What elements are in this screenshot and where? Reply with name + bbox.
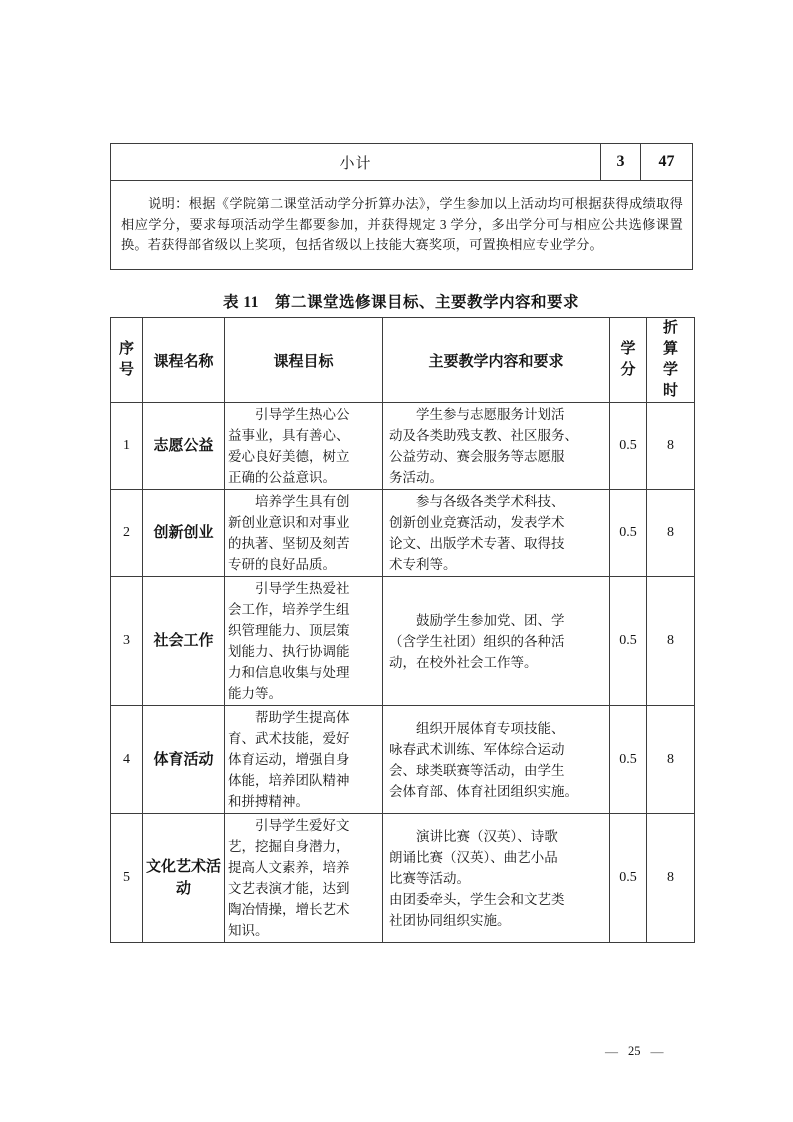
course-name: 志愿公益 <box>143 403 225 490</box>
teaching-content: 参与各级各类学术科技、 创新创业竞赛活动，发表学术 论文、出版学术专著、取得技 … <box>383 490 610 577</box>
footer-left-dash: — <box>605 1045 618 1058</box>
row-number: 3 <box>111 577 143 706</box>
course-name: 文化艺术活动 <box>143 814 225 943</box>
credit-value: 0.5 <box>610 403 647 490</box>
credit-value: 0.5 <box>610 577 647 706</box>
course-objective: 培养学生具有创 新创业意识和对事业 的执著、坚韧及刻苦 专研的良好品质。 <box>225 490 383 577</box>
converted-hours-value: 8 <box>647 490 695 577</box>
header-no: 序号 <box>111 318 143 403</box>
subtotal-row: 小计 3 47 <box>111 144 693 181</box>
header-teaching-content: 主要教学内容和要求 <box>383 318 610 403</box>
teaching-content: 演讲比赛（汉英）、诗歌 朗诵比赛（汉英）、曲艺小品 比赛等活动。 由团委牵头，学… <box>383 814 610 943</box>
course-name: 社会工作 <box>143 577 225 706</box>
course-objective: 引导学生热爱社 会工作，培养学生组 织管理能力、顶层策 划能力、执行协调能 力和… <box>225 577 383 706</box>
converted-hours-value: 8 <box>647 403 695 490</box>
table-row: 3 社会工作 引导学生热爱社 会工作，培养学生组 织管理能力、顶层策 划能力、执… <box>111 577 695 706</box>
row-number: 1 <box>111 403 143 490</box>
course-objective: 引导学生爱好文 艺，挖掘自身潜力， 提高人文素养，培养 文艺表演才能，达到 陶冶… <box>225 814 383 943</box>
page-footer: — 25 — <box>605 1044 664 1059</box>
teaching-content: 学生参与志愿服务计划活 动及各类助残支教、社区服务、 公益劳动、赛会服务等志愿服… <box>383 403 610 490</box>
note-row: 说明：根据《学院第二课堂活动学分折算办法》，学生参加以上活动均可根据获得成绩取得… <box>111 181 693 270</box>
course-objective: 帮助学生提高体 育、武术技能，爱好 体育运动，增强自身 体能，培养团队精神 和拼… <box>225 706 383 814</box>
document-page: 小计 3 47 说明：根据《学院第二课堂活动学分折算办法》，学生参加以上活动均可… <box>0 0 793 1122</box>
table-title: 表 11 第二课堂选修课目标、主要教学内容和要求 <box>110 290 692 312</box>
teaching-content: 鼓励学生参加党、团、学 （含学生社团）组织的各种活 动，在校外社会工作等。 <box>383 577 610 706</box>
row-number: 4 <box>111 706 143 814</box>
header-converted-hours-label: 折算学时 <box>662 318 679 402</box>
table-row: 2 创新创业 培养学生具有创 新创业意识和对事业 的执著、坚韧及刻苦 专研的良好… <box>111 490 695 577</box>
table-body: 1 志愿公益 引导学生热心公 益事业，具有善心、 爱心良好美德，树立 正确的公益… <box>111 403 695 943</box>
elective-course-table: 序号 课程名称 课程目标 主要教学内容和要求 学分 折算学时 1 志愿公益 引导… <box>110 317 695 943</box>
row-number: 5 <box>111 814 143 943</box>
subtotal-hours-value: 47 <box>641 144 693 181</box>
converted-hours-value: 8 <box>647 577 695 706</box>
page-number: 25 <box>628 1044 641 1059</box>
header-converted-hours: 折算学时 <box>647 318 695 403</box>
header-credit: 学分 <box>610 318 647 403</box>
credit-value: 0.5 <box>610 490 647 577</box>
row-number: 2 <box>111 490 143 577</box>
subtotal-credit-value: 3 <box>601 144 641 181</box>
subtotal-table: 小计 3 47 说明：根据《学院第二课堂活动学分折算办法》，学生参加以上活动均可… <box>110 143 693 270</box>
subtotal-label: 小计 <box>111 144 601 181</box>
table-row: 5 文化艺术活动 引导学生爱好文 艺，挖掘自身潜力， 提高人文素养，培养 文艺表… <box>111 814 695 943</box>
credit-value: 0.5 <box>610 814 647 943</box>
footer-right-dash: — <box>651 1045 664 1058</box>
header-credit-label: 学分 <box>620 339 637 381</box>
table-header-row: 序号 课程名称 课程目标 主要教学内容和要求 学分 折算学时 <box>111 318 695 403</box>
header-course-name: 课程名称 <box>143 318 225 403</box>
teaching-content: 组织开展体育专项技能、 咏春武术训练、军体综合运动 会、球类联赛等活动，由学生 … <box>383 706 610 814</box>
course-name: 创新创业 <box>143 490 225 577</box>
course-name: 体育活动 <box>143 706 225 814</box>
course-objective: 引导学生热心公 益事业，具有善心、 爱心良好美德，树立 正确的公益意识。 <box>225 403 383 490</box>
converted-hours-value: 8 <box>647 814 695 943</box>
table-row: 1 志愿公益 引导学生热心公 益事业，具有善心、 爱心良好美德，树立 正确的公益… <box>111 403 695 490</box>
header-no-label: 序号 <box>118 339 135 381</box>
note-text: 说明：根据《学院第二课堂活动学分折算办法》，学生参加以上活动均可根据获得成绩取得… <box>111 181 693 270</box>
header-course-objective: 课程目标 <box>225 318 383 403</box>
credit-value: 0.5 <box>610 706 647 814</box>
table-row: 4 体育活动 帮助学生提高体 育、武术技能，爱好 体育运动，增强自身 体能，培养… <box>111 706 695 814</box>
converted-hours-value: 8 <box>647 706 695 814</box>
